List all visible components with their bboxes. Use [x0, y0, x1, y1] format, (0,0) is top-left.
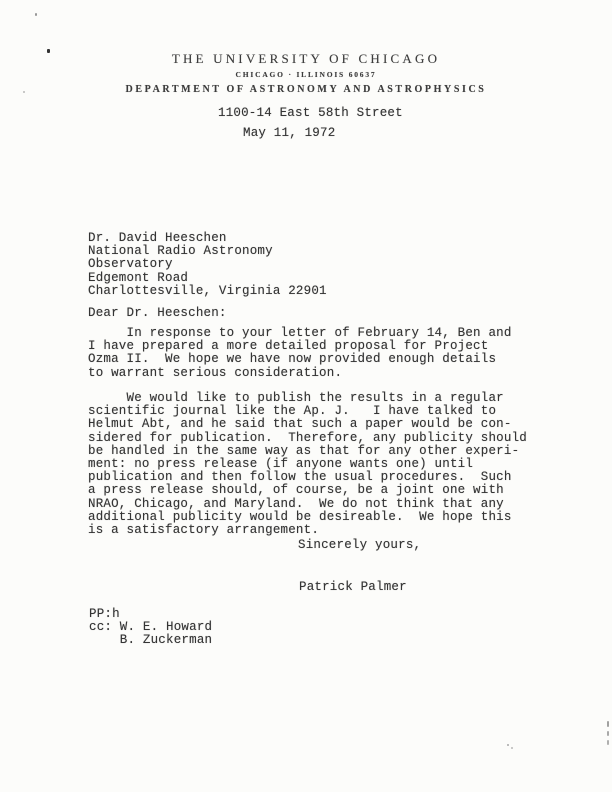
scan-speck — [35, 13, 37, 16]
letterhead-department-line: DEPARTMENT OF ASTRONOMY AND ASTROPHYSICS — [0, 84, 612, 95]
scanned-letter-page: THE UNIVERSITY OF CHICAGO CHICAGO · ILLI… — [0, 0, 612, 792]
letterhead-university-name: THE UNIVERSITY OF CHICAGO — [0, 51, 612, 67]
scan-edge-mark — [607, 740, 609, 745]
letter-date: May 11, 1972 — [243, 127, 335, 140]
cc-list: cc: W. E. Howard B. Zuckerman — [89, 621, 212, 647]
letterhead-city-line: CHICAGO · ILLINOIS 60637 — [0, 70, 612, 79]
body-paragraph-2: We would like to publish the results in … — [88, 392, 527, 537]
salutation: Dear Dr. Heeschen: — [88, 307, 227, 320]
scan-edge-mark — [607, 731, 609, 736]
scan-edge-mark — [607, 721, 609, 727]
scan-speck — [511, 747, 513, 749]
body-paragraph-1: In response to your letter of February 1… — [88, 327, 512, 380]
scan-speck — [47, 49, 50, 53]
recipient-address-block: Dr. David Heeschen National Radio Astron… — [88, 232, 327, 298]
valediction: Sincerely yours, — [298, 539, 421, 552]
letterhead-street-address: 1100-14 East 58th Street — [218, 107, 403, 120]
signature-name: Patrick Palmer — [299, 581, 407, 594]
scan-speck — [507, 744, 509, 746]
scan-speck — [23, 91, 25, 93]
